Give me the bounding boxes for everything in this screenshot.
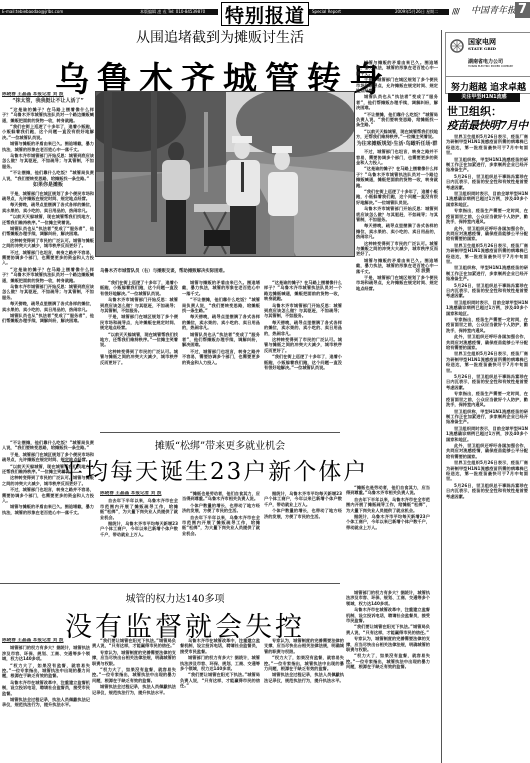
page-number: 7 [515,2,530,18]
paragraph: 世卫组织称，甲型H1N1流感疫苗的研制工作正在加紧进行，多家制药企业已经开始准备… [446,265,528,281]
sidebar-story-text: 世界卫生组织5月26日表示，疫苗厂商为研制甲型H1N1流感疫苗所需的病毒株已经送… [446,134,528,763]
paragraph: 专家认为，城管制度的完善需要法律的支撑，应当尽快出台相关法律法规，明确城管的职责… [92,650,176,666]
paragraph: 城管与摊贩的矛盾由来已久。围追堵截，暴力执法，城管的形象在老百姓心中一落千丈。 [182,280,260,296]
main-story-column-1: 陈晓春 王晶晶 本报记者 刘 波 “抹太管，我我挺让不让人活了” “这是谁的摊子… [2,92,94,432]
third-story-column-2: “我们要让城管在阳光下执法。”城管局负责人说，“只有这样，才能赢得市民的信任。”… [92,638,176,763]
paragraph: “这是谁的摊子？在马路上摆着像什么样子？”乌鲁木齐市城管执法队员对一个路边摊贩喊… [356,166,438,188]
paragraph: 世界卫生组织5月26日表示，疫苗厂商为研制甲型H1N1流感疫苗所需的病毒株已经送… [446,351,528,373]
paragraph: 于是，城管部门在城区规划了多个便民市场和疏导点，允许摊贩在规定时间、规定地点经营… [2,191,94,202]
paragraph: 自去年下半年以来，乌鲁木齐市在全市范围内开展了摊贩疏导工作，给摊贩“松绑”，为大… [100,498,178,520]
paragraph: 世卫组织称，甲型H1N1流感疫苗的研制工作正在加紧进行，多家制药企业已经开始准备… [446,157,528,173]
paragraph: “以前天天躲城管，现在城管帮我们找地方，还帮我们维持秩序。”一位摊主笑着说。 [100,332,178,348]
main-lead-quote: “抹太管，我我挺让不让人活了” [2,99,94,104]
ad-subsidiary-en: HUNAN ELECTRIC POWER COMPANY [468,65,513,68]
paragraph: 乌鲁木齐市城管部门开始反思：城管到底应该怎么做？与其驱赶，不如疏导；与其管制，不… [2,284,94,300]
paragraph: 城管与摊贩的矛盾由来已久。围追堵截，暴力执法，城管的形象在老百姓心中一落千丈。 [2,141,94,152]
paragraph: 这种转变得到了市民的广泛认可。城管与摊贩之间的冲突大大减少，城市秩序反而更好了。 [100,349,178,365]
paragraph: 城管部门的权力有多大？据统计，城管执法涉及市容、环保、规划、工商、交通等多个领域… [346,590,430,606]
paragraph: 乌鲁木齐市城管部门开始反思：城管到底应该怎么做？与其驱赶，不如疏导；与其管制，不… [100,297,178,313]
section-divider [100,432,340,433]
paragraph: “我们在街上巡逻了十多年了，追着小贩跑，小贩躲着我们跑，这个问题一直没有很好地解… [264,354,342,370]
paragraph: 城管执法全过程记录，执法人员佩戴执法记录仪，规范执法行为，提升执法水平。 [264,672,344,683]
news-photo [95,91,355,257]
paragraph: 于是，城管部门在城区规划了多个便民市场和疏导点，允许摊贩在规定时间、规定地点经营… [356,275,438,291]
paragraph: “以前天天躲城管，现在城管帮我们找地方，还帮我们维持秩序。”一位摊主笑着说。 [356,129,438,140]
main-subhead-1: 如果你是摊贩 [2,183,94,188]
second-story-column-4: “摊贩也是劳动者，他们自食其力，应当得到尊重。”乌鲁木齐市相关负责人说。 自去年… [346,485,430,577]
paragraph: 不过，城管部门也坦言，转身之路并不容易，需要协调多个部门，也需要更多的资金和人力… [2,250,94,266]
main-story-column-5: 城管与摊贩的矛盾由来已久。围追堵截，暴力执法，城管的形象在老百姓心中一落千丈。 … [356,60,438,485]
header-editor-line: 本版编辑 凌 戎 Tel: 010-84539870 [140,9,218,15]
paragraph: 不过，城管部门也坦言，转身之路并不容易，需要协调多个部门，也需要更多的资金和人力… [356,149,438,165]
second-kicker: 摊贩“松绑”带来更多就业机会 [100,437,340,452]
third-story-column-5: 城管部门的权力有多大？据统计，城管执法涉及市容、环保、规划、工商、交通等多个领域… [346,590,430,763]
paragraph: 城管部门的权力有多大？据统计，城管执法涉及市容、环保、规划、工商、交通等多个领域… [180,655,260,671]
paragraph: 据统计，乌鲁木齐市平均每天新增23户个体工商户，今年以来已新增个体户数千户，带动… [346,514,430,530]
paragraph: “我们在街上巡逻了十多年了，追着小贩跑，小贩躲着我们跑，这个问题一直没有很好地解… [100,280,178,296]
header-date: 2009年5月26日 星期二 [395,9,447,15]
second-story-column-3: 据统计，乌鲁木齐市平均每天新增23户个体工商户，今年以来已新增个体户数千户，带动… [264,491,342,579]
paragraph: 城管执法全过程记录，执法人员佩戴执法记录仪，规范执法行为，提升执法水平。 [92,684,176,695]
decorative-stripes-icon: //// [452,7,459,16]
paragraph: 每天傍晚，疏导点里摆满了各式各样的摊位，卖水果的、卖小吃的、卖日用品的，热闹非凡… [182,314,260,330]
main-story-column-3: 城管与摊贩的矛盾由来已久。围追堵截，暴力执法，城管的形象在老百姓心中一落千丈。 … [182,280,260,425]
paragraph: 这种转变得到了市民的广泛认可。城管与摊贩之间的冲突大大减少，城市秩序反而更好了。 [356,241,438,257]
paragraph: 据统计，乌鲁木齐市平均每天新增23户个体工商户，今年以来已新增个体户数千户，带动… [100,521,178,537]
paragraph: 城管与摊贩的矛盾由来已久。围追堵截，暴力执法，城管的形象在老百姓心中一落千丈。 [356,258,438,274]
paragraph: 于是，城管部门在城区规划了多个便民市场和疏导点，允许摊贩在规定时间、规定地点经营… [100,314,178,330]
paragraph: 不过，城管部门也坦言，转身之路并不容易，需要协调多个部门，也需要更多的资金和人力… [2,487,94,503]
paragraph: 乌鲁木齐市在城管改革中，注重建立监督机制，设立投诉电话，聘请社会监督员，接受市民… [2,680,90,696]
third-story-column-4: 专家认为，城管制度的完善需要法律的支撑，应当尽快出台相关法律法规，明确城管的职责… [264,638,344,763]
paragraph: 专家指出，疫苗生产需要一定时间，在疫苗面世之前，公众应当做好个人防护，勤洗手，保… [446,317,528,333]
third-kicker: 城管的权力达140多项 [60,590,290,605]
state-grid-logo-icon [450,39,464,53]
paragraph: 个体户数量的增长，也带动了地方经济的发展，方便了市民的生活。 [182,503,260,514]
paragraph: “我们在街上巡逻了十多年了，追着小贩跑，小贩躲着我们跑，这个问题一直没有很好地解… [356,189,438,205]
paragraph: 此外，世卫组织还呼吁各国加强合作，共同应对流感疫情，确保疫苗能够公平分配给有需要… [446,226,528,242]
paragraph: “权力大了，如果没有监督，就容易失控。”一位专家指出，城管执法中出现的暴力问题，… [264,655,344,671]
main-kicker: 从围追堵截到为摊贩讨生活 [100,27,340,47]
masthead: 中国青年报 [471,3,516,16]
paragraph: 专家指出，疫苗生产需要一定时间，在疫苗面世之前，公众应当做好个人防护，勤洗手，保… [446,208,528,224]
paragraph: “摊贩也是劳动者，他们自食其力，应当得到尊重。”乌鲁木齐市相关负责人说。 [346,485,430,496]
paragraph: 城管队员也从“执法者”变成了“服务者”，他们帮摊贩办理手续，调解纠纷，解决困难。 [2,226,94,237]
header-email: E-mail:tebiebaodao@jrlbs.com [2,9,82,15]
paragraph: 自去年下半年以来，乌鲁木齐市在全市范围内开展了摊贩疏导工作，给摊贩“松绑”，为大… [182,515,260,537]
ad-subsidiary: 湖南省电力公司 [468,58,503,65]
paragraph: “权力大了，如果没有监督，就容易失控。”一位专家指出，城管执法中出现的暴力问题，… [346,653,430,669]
paragraph: 每天傍晚，疏导点里摆满了各式各样的摊位，卖水果的、卖小吃的、卖日用品的，热闹非凡… [2,301,94,312]
paragraph: 乌鲁木齐市城管部门开始反思：城管到底应该怎么做？与其驱赶，不如疏导；与其管制，不… [264,303,342,319]
paragraph: 不过，城管部门也坦言，转身之路并不容易，需要协调多个部门，也需要更多的资金和人力… [182,349,260,365]
paragraph: 城管与摊贩的矛盾由来已久。围追堵截，暴力执法，城管的形象在老百姓心中一落千丈。 [2,504,94,515]
paragraph: 城管队员也从“执法者”变成了“服务者”，他们帮摊贩办理手续，调解纠纷，解决困难。 [182,332,260,348]
paragraph: 乌鲁木齐市城管部门开始反思：城管到底应该怎么做？与其驱赶，不如疏导；与其管制，不… [356,206,438,222]
paragraph: 5月26日，世卫组织总干事陈冯富珍在日内瓦表示，疫苗的安全性和有效性是首要考虑因… [446,374,528,390]
paragraph: 自去年下半年以来，乌鲁木齐市在全市范围内开展了摊贩疏导工作，给摊贩“松绑”，为大… [346,497,430,513]
paragraph: “我们要让城管在阳光下执法。”城管局负责人说，“只有这样，才能赢得市民的信任。” [180,672,260,688]
second-story-column-2: “摊贩也是劳动者，他们自食其力，应当得到尊重。”乌鲁木齐市相关负责人说。 个体户… [182,491,260,579]
state-grid-ad: 国家电网 STATE GRID 湖南省电力公司 HUNAN ELECTRIC P… [445,32,530,94]
caption-text: 乌鲁木齐市城管队员（右）与摊贩交谈，帮助摊贩解决实际困难。 [100,269,227,274]
third-byline: 陈晓春 王晶晶 本报记者 刘 波 [2,638,90,643]
paragraph: 专家指出，疫苗生产需要一定时间，在疫苗面世之前，公众应当做好个人防护，勤洗手，保… [446,391,528,407]
paragraph: 此外，世卫组织还呼吁各国加强合作，共同应对流感疫情，确保疫苗能够公平分配给有需要… [446,334,528,350]
paragraph: “这是谁的摊子？在马路上摆着像什么样子？”乌鲁木齐市城管执法队员对一个路边摊贩喊… [264,280,342,302]
paragraph: 世界卫生组织5月26日表示，疫苗厂商为研制甲型H1N1流感疫苗所需的病毒株已经送… [446,243,528,265]
paragraph: 世卫组织同时表示，目前全球甲型H1N1流感确诊病例已超过1万例，涉及40多个国家… [446,426,528,442]
paragraph: 这种转变得到了市民的广泛认可。城管与摊贩之间的冲突大大减少，城市秩序反而更好了。 [264,337,342,353]
sidebar-tag: 关注甲型H1N1流感 [448,93,520,102]
paragraph: 世界卫生组织5月26日表示，疫苗厂商为研制甲型H1N1流感疫苗所需的病毒株已经送… [446,460,528,482]
paragraph: 城管与摊贩的矛盾由来已久。围追堵截，暴力执法，城管的形象在老百姓心中一落千丈。 [356,60,438,76]
paragraph: 专家认为，城管制度的完善需要法律的支撑，应当尽快出台相关法律法规，明确城管的职责… [264,638,344,654]
main-story-column-2: “我们在街上巡逻了十多年了，追着小贩跑，小贩躲着我们跑，这个问题一直没有很好地解… [100,280,178,425]
photo-image [96,92,354,256]
paragraph: 5月26日，世卫组织总干事陈冯富珍在日内瓦表示，疫苗的安全性和有效性是首要考虑因… [446,174,528,190]
paragraph: “我们在街上巡逻了十多年了，追着小贩跑，小贩躲着我们跑，这个问题一直没有很好地解… [2,124,94,140]
paragraph: “权力大了，如果没有监督，就容易失控。”一位专家指出，城管执法中出现的暴力问题，… [92,667,176,683]
paragraph: “不让摆摊，他们靠什么吃饭？”城管局负责人说，“我们要转变思路，给摊贩找一条生路… [2,170,94,181]
paragraph: 个体户数量的增长，也带动了地方经济的发展，方便了市民的生活。 [264,508,342,519]
section-title: 特别报道 [221,2,309,26]
paragraph: 城管部门的权力有多大？据统计，城管执法涉及市容、环保、规划、工商、交通等多个领域… [2,645,90,661]
paragraph: 城管队员也从“执法者”变成了“服务者”，他们帮摊贩办理手续，调解纠纷，解决困难。 [2,313,94,324]
paragraph: 世卫组织同时表示，目前全球甲型H1N1流感确诊病例已超过1万例，涉及40多个国家… [446,191,528,207]
paragraph: “不让摆摊，他们靠什么吃饭？”城管局负责人说，“我们要转变思路，给摊贩找一条生路… [2,440,94,451]
paragraph: “我们要让城管在阳光下执法。”城管局负责人说，“只有这样，才能赢得市民的信任。” [92,638,176,649]
paragraph: “这是谁的摊子？在马路上摆着像什么样子？”乌鲁木齐市城管执法队员对一个路边摊贩喊… [2,107,94,123]
paragraph: 每天傍晚，疏导点里摆满了各式各样的摊位，卖水果的、卖小吃的、卖日用品的，热闹非凡… [356,223,438,239]
sidebar-title-line-2: 疫苗最快明7月中旬面世 [447,117,529,133]
paragraph: 于是，城管部门在城区规划了多个便民市场和疏导点，允许摊贩在规定时间、规定地点经营… [356,77,438,93]
main-subhead-2: 为往来摊贩规划·生活·鸟瞰听任场·群 [356,142,438,147]
second-story-column-1: 陈晓春 王晶晶 本报记者 刘 波 自去年下半年以来，乌鲁木齐市在全市范围内开展了… [100,491,178,579]
paragraph: “摊贩也是劳动者，他们自食其力，应当得到尊重。”乌鲁木齐市相关负责人说。 [182,491,260,502]
paragraph: 此外，世卫组织还呼吁各国加强合作，共同应对流感疫情，确保疫苗能够公平分配给有需要… [446,443,528,459]
paragraph: 世界卫生组织5月26日表示，疫苗厂商为研制甲型H1N1流感疫苗所需的病毒株已经送… [446,134,528,156]
third-story-column-1: 陈晓春 王晶晶 本报记者 刘 波 城管部门的权力有多大？据统计，城管执法涉及市容… [2,638,90,763]
paragraph: “以前天天躲城管，现在城管帮我们找地方，还帮我们维持秩序。”一位摊主笑着说。 [2,214,94,225]
paragraph: “权力大了，如果没有监督，就容易失控。”一位专家指出，城管执法中出现的暴力问题，… [2,663,90,679]
paragraph: 这种转变得到了市民的广泛认可。城管与摊贩之间的冲突大大减少，城市秩序反而更好了。 [2,238,94,249]
paragraph: 乌鲁木齐市城管部门开始反思：城管到底应该怎么做？与其驱赶，不如疏导；与其管制，不… [2,153,94,169]
main-byline: 陈晓春 王晶晶 本报记者 刘 波 [2,92,94,97]
paragraph: 据统计，乌鲁木齐市平均每天新增23户个体工商户，今年以来已新增个体户数千户，带动… [264,491,342,507]
paragraph: 专家认为，城管制度的完善需要法律的支撑，应当尽快出台相关法律法规，明确城管的职责… [346,636,430,652]
paragraph: 世卫组织称，甲型H1N1流感疫苗的研制工作正在加紧进行，多家制药企业已经开始准备… [446,409,528,425]
section-divider [0,583,340,584]
ad-company-en: STATE GRID [468,46,496,51]
paragraph: “不让摆摊，他们靠什么吃饭？”城管局负责人说，“我们要转变思路，给摊贩找一条生路… [182,297,260,313]
section-english: Special Report [312,9,362,15]
paragraph: “不让摆摊，他们靠什么吃饭？”城管局负责人说，“我们要转变思路，给摊贩找一条生路… [356,112,438,128]
paragraph: 5月26日，世卫组织总干事陈冯富珍在日内瓦表示，疫苗的安全性和有效性是首要考虑因… [446,483,528,499]
paragraph: 每天傍晚，疏导点里摆满了各式各样的摊位，卖水果的、卖小吃的、卖日用品的，热闹非凡… [2,202,94,213]
second-byline: 陈晓春 王晶晶 本报记者 刘 波 [100,491,178,496]
paragraph: 乌鲁木齐市在城管改革中，注重建立监督机制，设立投诉电话，聘请社会监督员，接受市民… [346,607,430,623]
paragraph: 每天傍晚，疏导点里摆满了各式各样的摊位，卖水果的、卖小吃的、卖日用品的，热闹非凡… [264,320,342,336]
paragraph: 乌鲁木齐市在城管改革中，注重建立监督机制，设立投诉电话，聘请社会监督员，接受市民… [180,638,260,654]
paragraph: 5月26日，世卫组织总干事陈冯富珍在日内瓦表示，疫苗的安全性和有效性是首要考虑因… [446,283,528,299]
paragraph: 世卫组织同时表示，目前全球甲型H1N1流感确诊病例已超过1万例，涉及40多个国家… [446,300,528,316]
sidebar-divider [441,30,442,763]
paragraph: “这是谁的摊子？在马路上摆着像什么样子？”乌鲁木齐市城管执法队员对一个路边摊贩喊… [2,267,94,283]
ad-slogan: 努力超越 追求卓越 [446,76,530,93]
main-story-column-4: “这是谁的摊子？在马路上摆着像什么样子？”乌鲁木齐市城管执法队员对一个路边摊贩喊… [264,280,342,425]
second-headline: 平均每天诞生23户新个体户 [60,453,340,486]
third-story-column-3: 乌鲁木齐市在城管改革中，注重建立监督机制，设立投诉电话，聘请社会监督员，接受市民… [180,638,260,763]
paragraph: “我们要让城管在阳光下执法。”城管局负责人说，“只有这样，才能赢得市民的信任。” [346,624,430,635]
paragraph: 城管执法全过程记录，执法人员佩戴执法记录仪，规范执法行为，提升执法水平。 [2,697,90,708]
paragraph: 城管队员也从“执法者”变成了“服务者”，他们帮摊贩办理手续，调解纠纷，解决困难。 [356,94,438,110]
